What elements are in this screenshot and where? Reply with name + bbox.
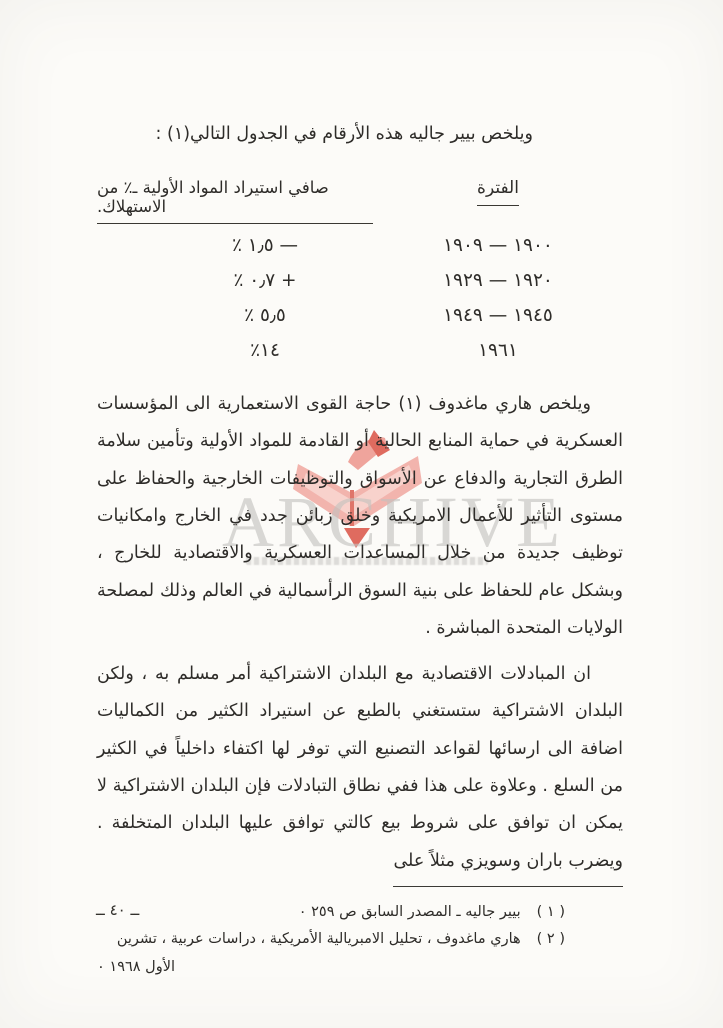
table-header-row: الفترة صافي استيراد المواد الأولية ـ٪ من…: [97, 178, 623, 224]
value-cell: ٥٫٥ ٪: [97, 304, 373, 329]
table-header-net-import: صافي استيراد المواد الأولية ـ٪ من الاسته…: [97, 178, 373, 224]
table-row: ١٩٦١ ١٤٪: [97, 339, 623, 364]
table-row: ١٩٤٥ — ١٩٤٩ ٥٫٥ ٪: [97, 304, 623, 329]
intro-paragraph: ويلخص بيير جاليه هذه الأرقام في الجدول ا…: [97, 120, 623, 150]
footnote-1: ( ١ ) بيير جاليه ـ المصدر السابق ص ٢٥٩ ٠: [97, 899, 623, 926]
period-cell: ١٩٦١: [373, 339, 623, 364]
table-header-period-cell: الفترة: [373, 178, 623, 224]
footnote-2-marker: ( ٢ ): [537, 926, 565, 953]
value-cell: + ٠٫٧ ٪: [97, 269, 373, 294]
footnote-2-text: هاري ماغدوف ، تحليل الامبريالية الأمريكي…: [117, 926, 521, 953]
table-header-period: الفترة: [477, 178, 519, 206]
period-cell: ١٩٠٠ — ١٩٠٩: [373, 234, 623, 259]
footnote-2-continuation: الأول ١٩٦٨ ٠: [97, 954, 623, 981]
footnote-2: ( ٢ ) هاري ماغدوف ، تحليل الامبريالية ال…: [97, 926, 623, 953]
value-cell: — ١٫٥ ٪: [97, 234, 373, 259]
value-cell: ١٤٪: [97, 339, 373, 364]
footnotes-block: ( ١ ) بيير جاليه ـ المصدر السابق ص ٢٥٩ ٠…: [97, 886, 623, 980]
body-paragraph-1: ويلخص هاري ماغدوف (١) حاجة القوى الاستعم…: [97, 386, 623, 648]
footnote-separator: [393, 886, 623, 887]
body-paragraph-2: ان المبادلات الاقتصادية مع البلدان الاشت…: [97, 656, 623, 881]
table-row: ١٩٢٠ — ١٩٢٩ + ٠٫٧ ٪: [97, 269, 623, 294]
period-cell: ١٩٤٥ — ١٩٤٩: [373, 304, 623, 329]
period-cell: ١٩٢٠ — ١٩٢٩: [373, 269, 623, 294]
footnote-1-marker: ( ١ ): [537, 899, 565, 926]
page-number: ــ ٤٠ ــ: [96, 901, 139, 919]
imports-table: الفترة صافي استيراد المواد الأولية ـ٪ من…: [97, 178, 623, 364]
table-header-net-import-cell: صافي استيراد المواد الأولية ـ٪ من الاسته…: [97, 178, 373, 224]
scanned-book-page: ARCHIVE ويلخص بيير جاليه هذه الأرقام في …: [0, 0, 723, 1028]
footnote-1-text: بيير جاليه ـ المصدر السابق ص ٢٥٩ ٠: [299, 899, 521, 926]
page-content: ويلخص بيير جاليه هذه الأرقام في الجدول ا…: [0, 0, 723, 1028]
table-row: ١٩٠٠ — ١٩٠٩ — ١٫٥ ٪: [97, 234, 623, 259]
